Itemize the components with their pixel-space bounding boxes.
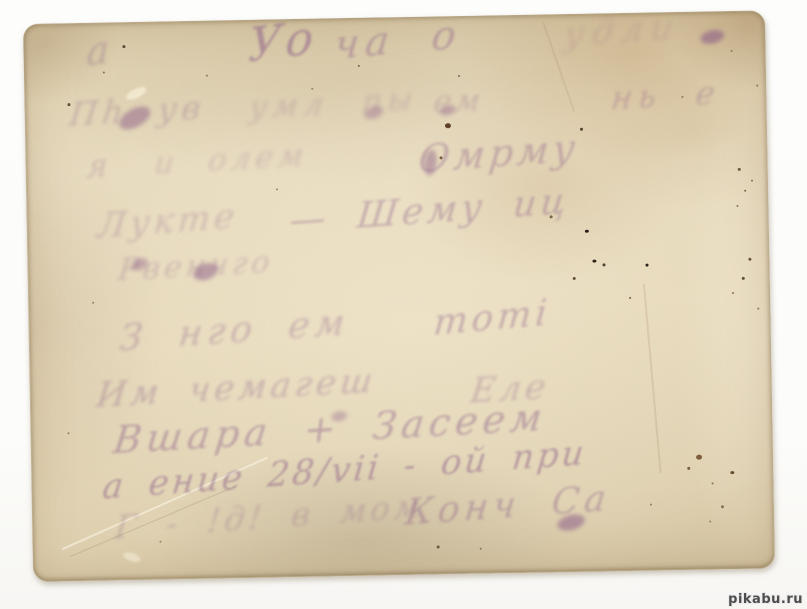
scratch-layer: [24, 11, 774, 580]
scanned-photo-back: аУоча оудлиПһ увумл пыемнь еяи олемОмрму…: [0, 0, 807, 609]
photo-paper: аУоча оудлиПһ увумл пыемнь еяи олемОмрму…: [23, 10, 775, 582]
pikabu-watermark: pikabu.ru: [728, 592, 803, 607]
scratch-mark: [124, 85, 148, 103]
scratch-mark: [122, 550, 142, 563]
